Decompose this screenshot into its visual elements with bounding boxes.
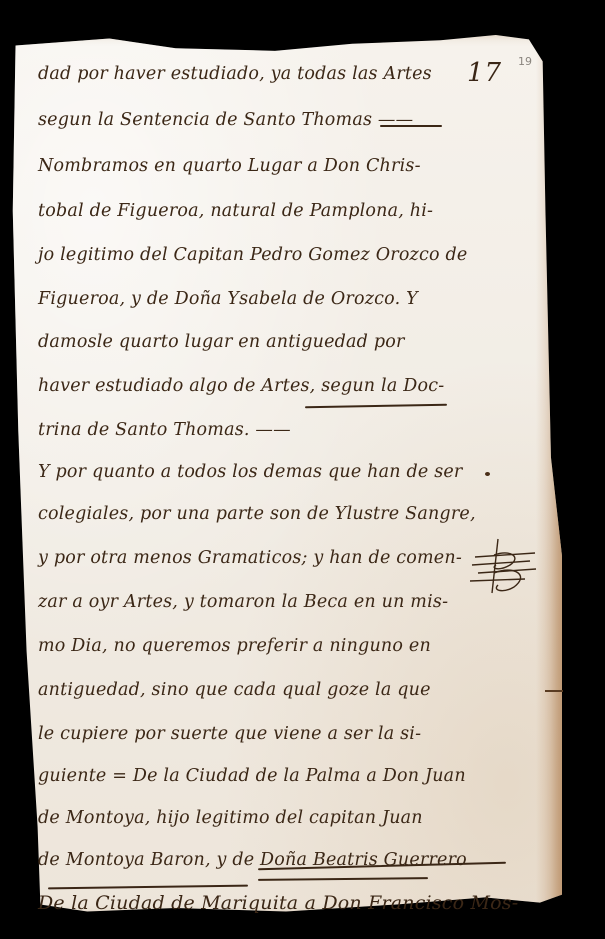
text-line: trina de Santo Thomas. ——: [38, 420, 291, 440]
text-line: jo legitimo del Capitan Pedro Gomez Oroz…: [38, 245, 467, 265]
text-line: guiente = De la Ciudad de la Palma a Don…: [38, 766, 466, 786]
folio-number: 17: [467, 58, 502, 88]
text-line: mo Dia, no queremos preferir a ninguno e…: [38, 636, 431, 656]
margin-dash: [545, 690, 563, 692]
text-line: tobal de Figueroa, natural de Pamplona, …: [38, 201, 433, 221]
text-line: le cupiere por suerte que viene a ser la…: [38, 724, 421, 744]
text-line: De la Ciudad de Mariquita a Don Francisc…: [38, 892, 518, 914]
pencil-page-number: 19: [518, 55, 532, 68]
text-line: colegiales, por una parte son de Ylustre…: [38, 504, 476, 524]
text-line: zar a oyr Artes, y tomaron la Beca en un…: [38, 592, 448, 612]
text-line: de Montoya, hijo legitimo del capitan Ju…: [38, 808, 423, 828]
rubric-flourish-icon: [470, 535, 540, 600]
text-line: de Montoya Baron, y de Doña Beatris Guer…: [38, 850, 467, 870]
text-line: antiguedad, sino que cada qual goze la q…: [38, 680, 431, 700]
aged-edge: [536, 35, 562, 915]
text-line: damosle quarto lugar en antiguedad por: [38, 332, 405, 352]
text-line: y por otra menos Gramaticos; y han de co…: [38, 548, 462, 568]
text-line: Nombramos en quarto Lugar a Don Chris-: [38, 156, 421, 176]
manuscript-page: 17 19 dad por haver estudiado, ya todas …: [0, 0, 605, 939]
text-line: dad por haver estudiado, ya todas las Ar…: [38, 64, 432, 84]
ink-blot: [485, 472, 490, 476]
line-end-rule: [380, 125, 442, 127]
text-line: segun la Sentencia de Santo Thomas ——: [38, 110, 413, 130]
text-line: Figueroa, y de Doña Ysabela de Orozco. Y: [38, 289, 418, 309]
text-line: Y por quanto a todos los demas que han d…: [38, 462, 463, 482]
text-line: haver estudiado algo de Artes, segun la …: [38, 376, 444, 396]
